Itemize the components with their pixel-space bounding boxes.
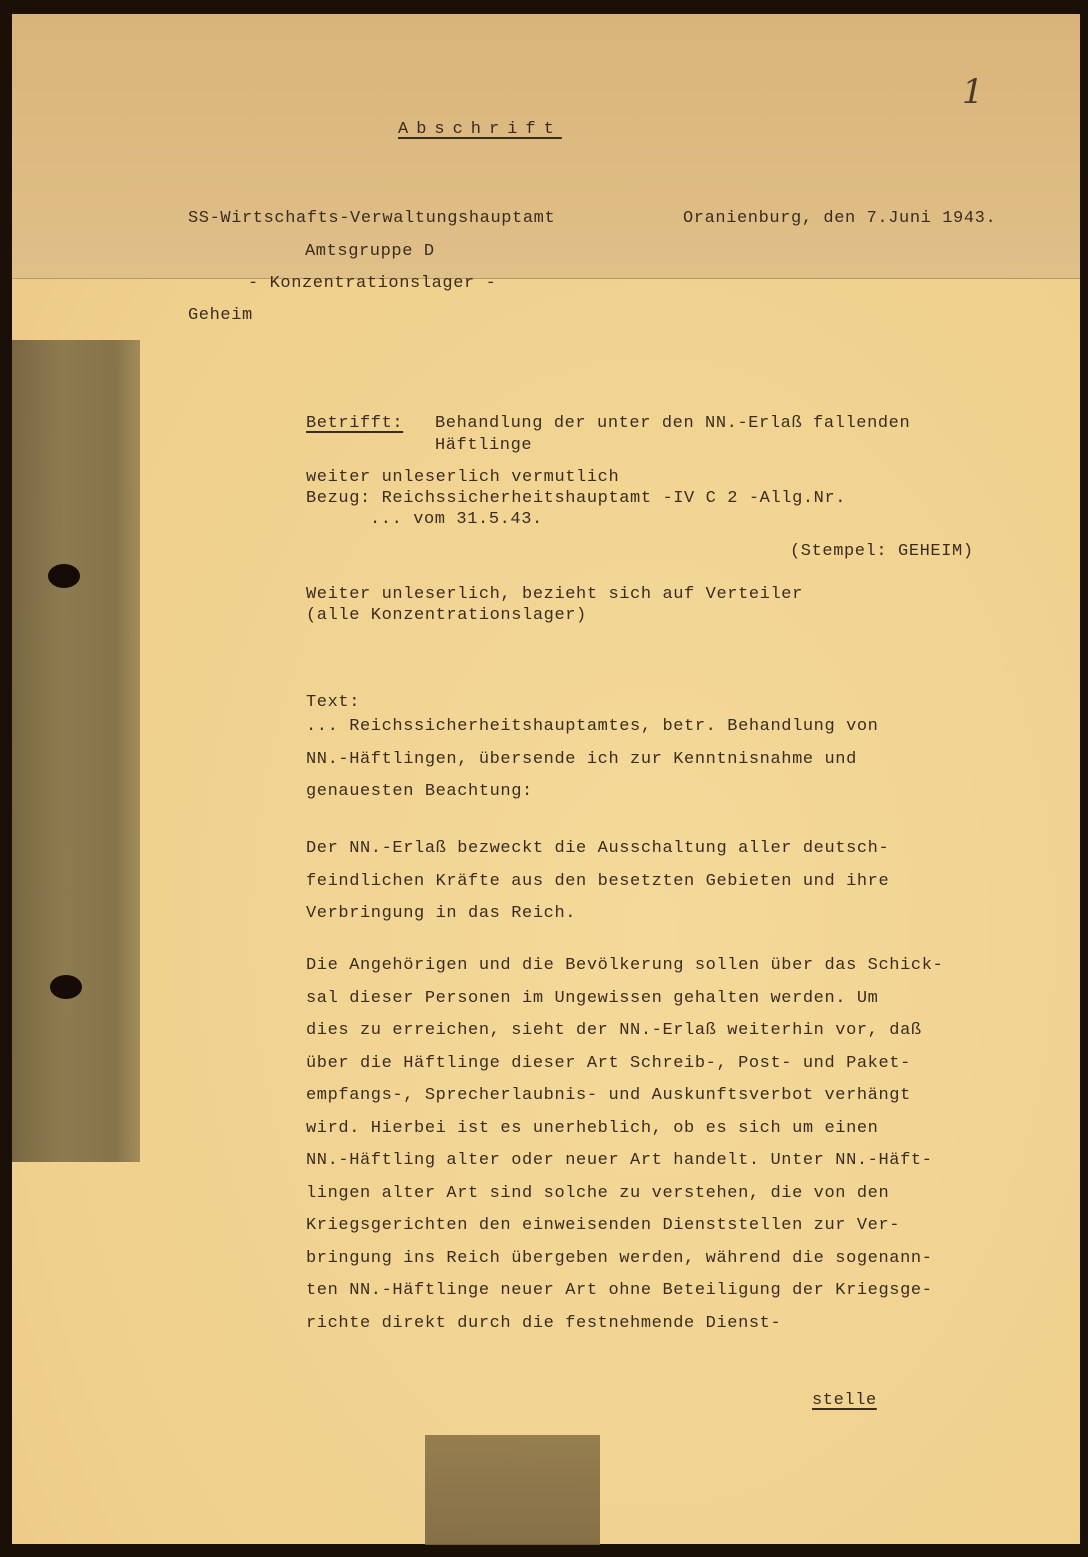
body-line: NN.-Häftlingen, übersende ich zur Kenntn…	[306, 750, 857, 769]
page-number: 1	[962, 72, 984, 112]
document-top-band	[12, 14, 1080, 279]
stamp-note: (Stempel: GEHEIM)	[790, 542, 974, 561]
body-line: ten NN.-Häftlinge neuer Art ohne Beteili…	[306, 1281, 933, 1300]
body-line: über die Häftlinge dieser Art Schreib-, …	[306, 1054, 911, 1073]
subject-line-2: Häftlinge	[435, 436, 532, 455]
body-line: sal dieser Personen im Ungewissen gehalt…	[306, 989, 879, 1008]
distribution-line-1: Weiter unleserlich, bezieht sich auf Ver…	[306, 585, 803, 604]
body-line: dies zu erreichen, sieht der NN.-Erlaß w…	[306, 1021, 922, 1040]
subject-label: Betrifft:	[306, 414, 403, 433]
binding-tape-left	[12, 340, 140, 1162]
classification: Geheim	[188, 306, 253, 325]
body-line: feindlichen Kräfte aus den besetzten Geb…	[306, 872, 889, 891]
body-line: Kriegsgerichten den einweisenden Diensts…	[306, 1216, 900, 1235]
punch-hole-bottom	[50, 975, 82, 999]
body-line: Der NN.-Erlaß bezweckt die Ausschaltung …	[306, 839, 889, 858]
catchword: stelle	[812, 1391, 877, 1410]
body-line: bringung ins Reich übergeben werden, wäh…	[306, 1249, 933, 1268]
document-title: Abschrift	[398, 120, 562, 139]
body-line: NN.-Häftling alter oder neuer Art handel…	[306, 1151, 933, 1170]
binding-tape-bottom	[425, 1435, 600, 1545]
distribution-line-2: (alle Konzentrationslager)	[306, 606, 587, 625]
body-line: empfangs-, Sprecherlaubnis- und Auskunft…	[306, 1086, 911, 1105]
body-line: wird. Hierbei ist es unerheblich, ob es …	[306, 1119, 879, 1138]
punch-hole-top	[48, 564, 80, 588]
subject-line-1: Behandlung der unter den NN.-Erlaß falle…	[435, 414, 910, 433]
reference-line-3: ... vom 31.5.43.	[370, 510, 543, 529]
body-line: genauesten Beachtung:	[306, 782, 533, 801]
body-line: ... Reichssicherheitshauptamtes, betr. B…	[306, 717, 879, 736]
sender-line-3: - Konzentrationslager -	[248, 274, 496, 293]
reference-line-2: Bezug: Reichssicherheitshauptamt -IV C 2…	[306, 489, 846, 508]
sender-line-1: SS-Wirtschafts-Verwaltungshauptamt	[188, 209, 555, 228]
body-line: lingen alter Art sind solche zu verstehe…	[306, 1184, 889, 1203]
reference-line-1: weiter unleserlich vermutlich	[306, 468, 619, 487]
body-line: Die Angehörigen und die Bevölkerung soll…	[306, 956, 943, 975]
body-line: richte direkt durch die festnehmende Die…	[306, 1314, 781, 1333]
body-line: Verbringung in das Reich.	[306, 904, 576, 923]
place-date: Oranienburg, den 7.Juni 1943.	[683, 209, 996, 228]
sender-line-2: Amtsgruppe D	[305, 242, 435, 261]
text-label: Text:	[306, 693, 360, 712]
